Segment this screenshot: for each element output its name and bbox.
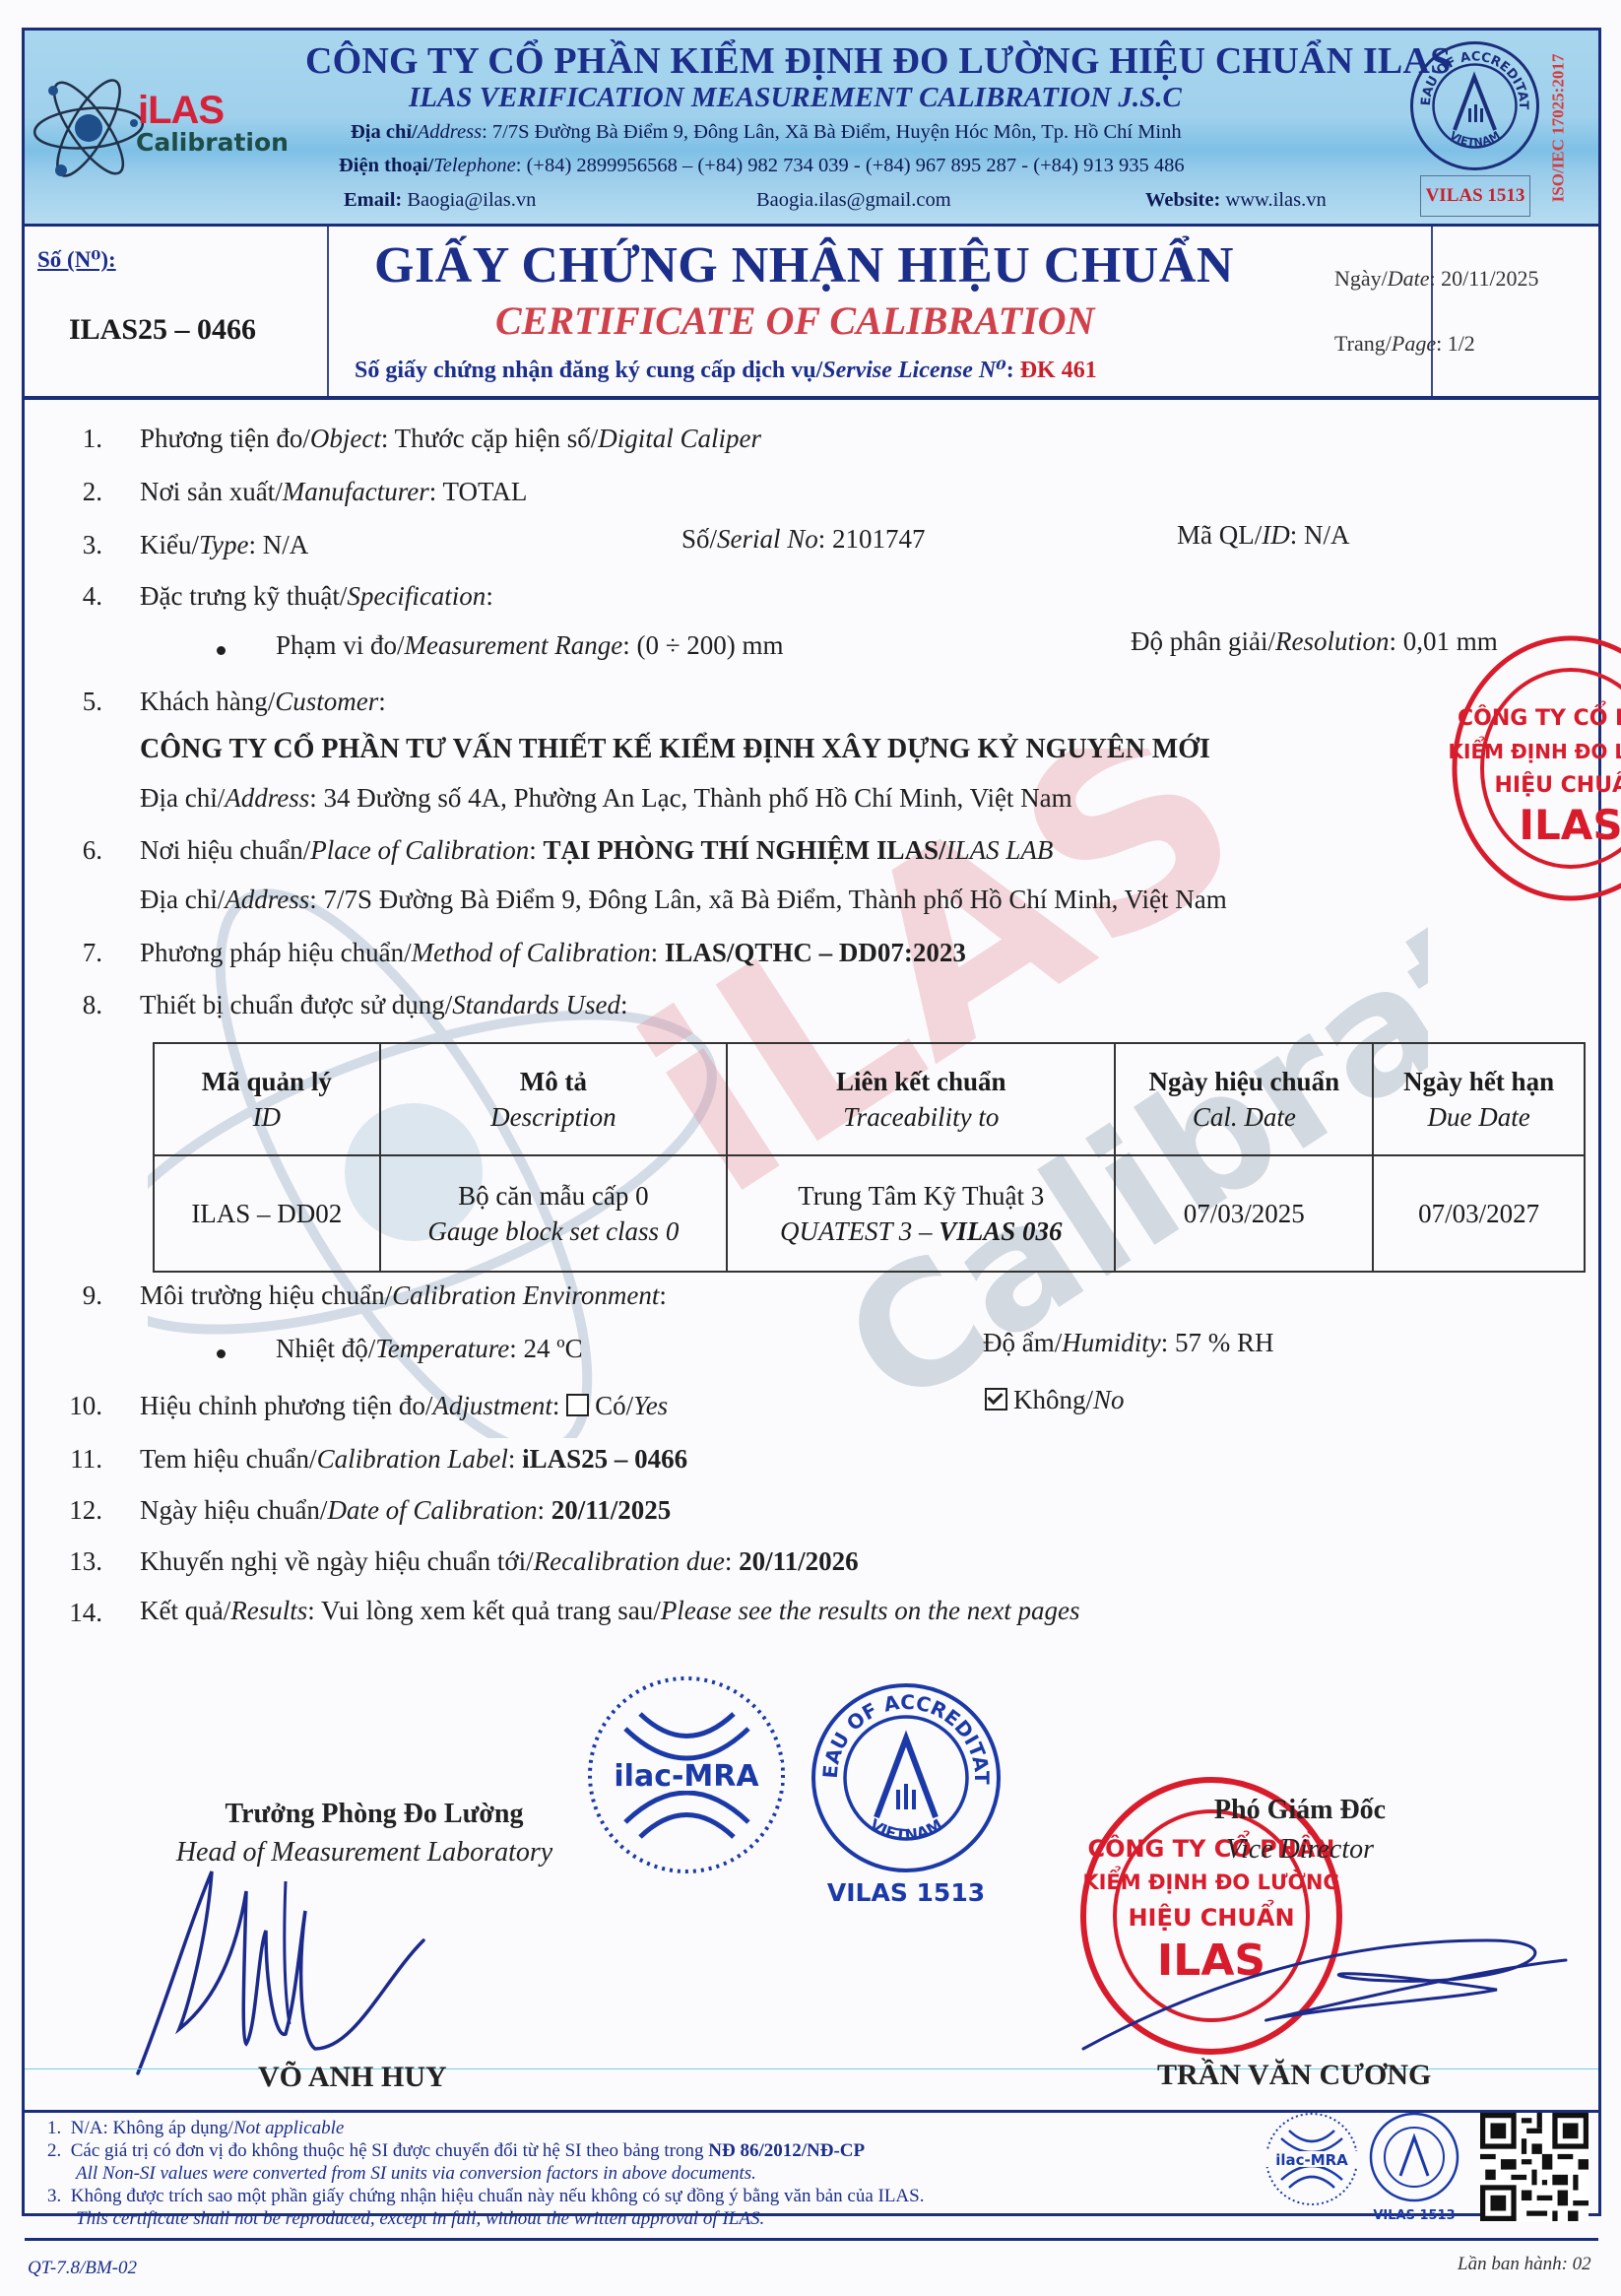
right-signature xyxy=(1073,1911,1586,2059)
certificate-number: ILAS25 – 0466 xyxy=(69,313,256,347)
note-3-en: This certificate shall not be reproduced… xyxy=(76,2208,764,2230)
cell-traceability: Trung Tâm Kỹ Thuật 3QUATEST 3 – VILAS 03… xyxy=(727,1155,1115,1272)
right-signer-title-en: Vice Director xyxy=(1142,1834,1458,1866)
item-number: 4. xyxy=(55,581,102,612)
item-id: Mã QL/ID: N/A xyxy=(1177,520,1349,551)
issue-number: Lần ban hành: 02 xyxy=(1458,2254,1591,2275)
page-indicator: Trang/Page: 1/2 xyxy=(1334,331,1475,357)
accreditation-seal-icon: BUREAU OF ACCREDITATION VIETNAM xyxy=(1408,39,1541,172)
left-signer-title: Trưởng Phòng Đo Lường xyxy=(177,1799,571,1830)
logo-brand: iLAS xyxy=(138,89,224,133)
column-header-traceability: Liên kết chuẩnTraceability to xyxy=(727,1043,1115,1155)
ilac-mra-logo-icon: ilac-MRA xyxy=(586,1674,788,1876)
item-adjustment: Hiệu chỉnh phương tiện đo/Adjustment: Có… xyxy=(140,1391,668,1421)
item-number: 3. xyxy=(55,530,102,560)
note-2-en: All Non-SI values were converted from SI… xyxy=(76,2163,756,2185)
standards-table: Mã quản lýID Mô tảDescription Liên kết c… xyxy=(153,1042,1586,1273)
left-signature xyxy=(128,1852,571,2078)
svg-text:CÔNG TY CỔ PHẦN: CÔNG TY CỔ PHẦN xyxy=(1458,701,1621,731)
company-name-en: ILAS VERIFICATION MEASUREMENT CALIBRATIO… xyxy=(409,82,1182,114)
divider xyxy=(327,227,329,396)
column-header-cal-date: Ngày hiệu chuẩnCal. Date xyxy=(1115,1043,1373,1155)
item-humidity: Độ ẩm/Humidity: 57 % RH xyxy=(983,1328,1274,1358)
note-1: 1. N/A: Không áp dụng/Not applicable xyxy=(47,2118,344,2139)
svg-text:ilac-MRA: ilac-MRA xyxy=(1275,2151,1348,2169)
item-manufacturer: Nơi sản xuất/Manufacturer: TOTAL xyxy=(140,477,527,507)
header-address: Địa chỉ/Address: 7/7S Đường Bà Điểm 9, Đ… xyxy=(351,121,1182,144)
adjustment-no-checkbox[interactable] xyxy=(985,1388,1007,1410)
item-number: 8. xyxy=(55,990,102,1020)
certificate-number-label: Số (N⁰): xyxy=(37,246,116,273)
item-recalibration-due: Khuyến nghị về ngày hiệu chuẩn tới/Recal… xyxy=(140,1546,859,1577)
header-email-1[interactable]: Email: Baogia@ilas.vn xyxy=(344,189,536,212)
item-number: 6. xyxy=(55,835,102,866)
lab-address: Địa chỉ/Address: 7/7S Đường Bà Điểm 9, Đ… xyxy=(140,885,1227,915)
item-resolution: Độ phân giải/Resolution: 0,01 mm xyxy=(1131,626,1498,657)
item-environment: Môi trường hiệu chuẩn/Calibration Enviro… xyxy=(140,1280,667,1311)
item-standards-used: Thiết bị chuẩn được sử dụng/Standards Us… xyxy=(140,990,628,1020)
svg-text:KIỂM ĐỊNH ĐO LƯỜNG: KIỂM ĐỊNH ĐO LƯỜNG xyxy=(1082,1867,1339,1894)
atom-logo-icon xyxy=(30,69,148,187)
header-telephone: Điện thoại/Telephone: (+84) 2899956568 –… xyxy=(339,155,1185,177)
item-number: 14. xyxy=(55,1598,102,1628)
item-type: Kiểu/Type: N/A xyxy=(140,530,308,560)
svg-text:BUREAU OF ACCREDITATION: BUREAU OF ACCREDITATION xyxy=(1408,39,1530,109)
right-signer-title: Phó Giám Đốc xyxy=(1142,1795,1458,1826)
footer-ilac-mra-logo-icon: ilac-MRA xyxy=(1264,2111,1360,2207)
footer-separator xyxy=(25,2238,1598,2241)
item-number: 1. xyxy=(55,424,102,454)
iso-standard-label: ISO/IEC 17025:2017 xyxy=(1536,32,1580,224)
item-calibration-label: Tem hiệu chuẩn/Calibration Label: iLAS25… xyxy=(140,1444,687,1475)
column-header-description: Mô tảDescription xyxy=(380,1043,727,1155)
item-number: 7. xyxy=(55,938,102,968)
item-number: 13. xyxy=(55,1546,102,1577)
cell-description: Bộ căn mẫu cấp 0Gauge block set class 0 xyxy=(380,1155,727,1272)
form-code: QT-7.8/BM-02 xyxy=(28,2258,137,2279)
item-results: Kết quả/Results: Vui lòng xem kết quả tr… xyxy=(140,1596,1079,1626)
item-calibration-date: Ngày hiệu chuẩn/Date of Calibration: 20/… xyxy=(140,1495,671,1526)
bullet xyxy=(217,646,226,655)
svg-text:KIỂM ĐỊNH ĐO LƯỜNG: KIỂM ĐỊNH ĐO LƯỜNG xyxy=(1449,738,1621,763)
table-header-row: Mã quản lýID Mô tảDescription Liên kết c… xyxy=(154,1043,1585,1155)
customer-name: CÔNG TY CỔ PHẦN TƯ VẤN THIẾT KẾ KIỂM ĐỊN… xyxy=(140,734,1210,765)
svg-text:HIỆU CHUẨN: HIỆU CHUẨN xyxy=(1494,769,1621,798)
adjustment-no-option: Không/No xyxy=(985,1385,1125,1415)
customer-address: Địa chỉ/Address: 34 Đường số 4A, Phường … xyxy=(140,783,1072,814)
item-number: 5. xyxy=(55,687,102,717)
note-2: 2. Các giá trị có đơn vị đo không thuộc … xyxy=(47,2140,865,2162)
item-number: 2. xyxy=(55,477,102,507)
item-customer: Khách hàng/Customer: xyxy=(140,687,386,717)
certificate-title-vn: GIẤY CHỨNG NHẬN HIỆU CHUẨN xyxy=(374,236,1234,295)
cell-due-date: 07/03/2027 xyxy=(1373,1155,1585,1272)
qr-code-icon[interactable] xyxy=(1480,2113,1589,2221)
item-number: 11. xyxy=(55,1444,102,1475)
footer-vilas-seal-icon: VILAS 1513 xyxy=(1367,2111,1461,2225)
cell-cal-date: 07/03/2025 xyxy=(1115,1155,1373,1272)
right-signer-name: TRẦN VĂN CƯƠNG xyxy=(1157,2059,1431,2092)
item-specification: Đặc trưng kỹ thuật/Specification: xyxy=(140,581,493,612)
item-number: 9. xyxy=(55,1280,102,1311)
item-number: 10. xyxy=(55,1391,102,1421)
svg-text:ILAS: ILAS xyxy=(1519,801,1621,849)
logo-subtitle: Calibration xyxy=(136,128,289,157)
side-company-stamp-icon: CÔNG TY CỔ PHẦN KIỂM ĐỊNH ĐO LƯỜNG HIỆU … xyxy=(1448,630,1621,906)
vilas-accreditation-seal-icon: BUREAU OF ACCREDITATION VIETNAM VILAS 15… xyxy=(808,1679,1005,1911)
item-object: Phương tiện đo/Object: Thước cặp hiện số… xyxy=(140,424,761,454)
item-number: 12. xyxy=(55,1495,102,1526)
left-signer-name: VÕ ANH HUY xyxy=(258,2061,447,2094)
column-header-id: Mã quản lýID xyxy=(154,1043,380,1155)
item-serial: Số/Serial No: 2101747 xyxy=(681,524,926,555)
item-measurement-range: Phạm vi đo/Measurement Range: (0 ÷ 200) … xyxy=(276,630,784,661)
adjustment-yes-checkbox[interactable] xyxy=(566,1394,589,1416)
svg-text:VIETNAM: VIETNAM xyxy=(867,1815,946,1845)
svg-text:VILAS 1513: VILAS 1513 xyxy=(827,1878,985,1907)
bullet xyxy=(217,1349,226,1358)
item-temperature: Nhiệt độ/Temperature: 24 ºC xyxy=(276,1334,583,1364)
vilas-code-box: VILAS 1513 xyxy=(1420,175,1530,217)
note-3: 3. Không được trích sao một phần giấy ch… xyxy=(47,2186,924,2207)
certificate-title-en: CERTIFICATE OF CALIBRATION xyxy=(495,297,1094,344)
item-method: Phương pháp hiệu chuẩn/Method of Calibra… xyxy=(140,938,966,968)
header-website[interactable]: Website: www.ilas.vn xyxy=(1145,189,1327,212)
svg-text:ilac-MRA: ilac-MRA xyxy=(614,1759,759,1794)
cell-id: ILAS – DD02 xyxy=(154,1155,380,1272)
service-license: Số giấy chứng nhận đăng ký cung cấp dịch… xyxy=(355,355,1097,384)
divider xyxy=(1431,227,1433,396)
svg-text:VILAS 1513: VILAS 1513 xyxy=(1373,2208,1455,2223)
certificate-date: Ngày/Date: 20/11/2025 xyxy=(1334,266,1539,292)
column-header-due-date: Ngày hết hạnDue Date xyxy=(1373,1043,1585,1155)
svg-text:VIETNAM: VIETNAM xyxy=(1448,129,1503,150)
table-row: ILAS – DD02 Bộ căn mẫu cấp 0Gauge block … xyxy=(154,1155,1585,1272)
header-email-2[interactable]: Baogia.ilas@gmail.com xyxy=(756,189,951,212)
notes-separator xyxy=(25,2110,1598,2113)
item-place-of-calibration: Nơi hiệu chuẩn/Place of Calibration: TẠI… xyxy=(140,835,1053,866)
company-name-vn: CÔNG TY CỔ PHẦN KIỂM ĐỊNH ĐO LƯỜNG HIỆU … xyxy=(305,39,1451,83)
